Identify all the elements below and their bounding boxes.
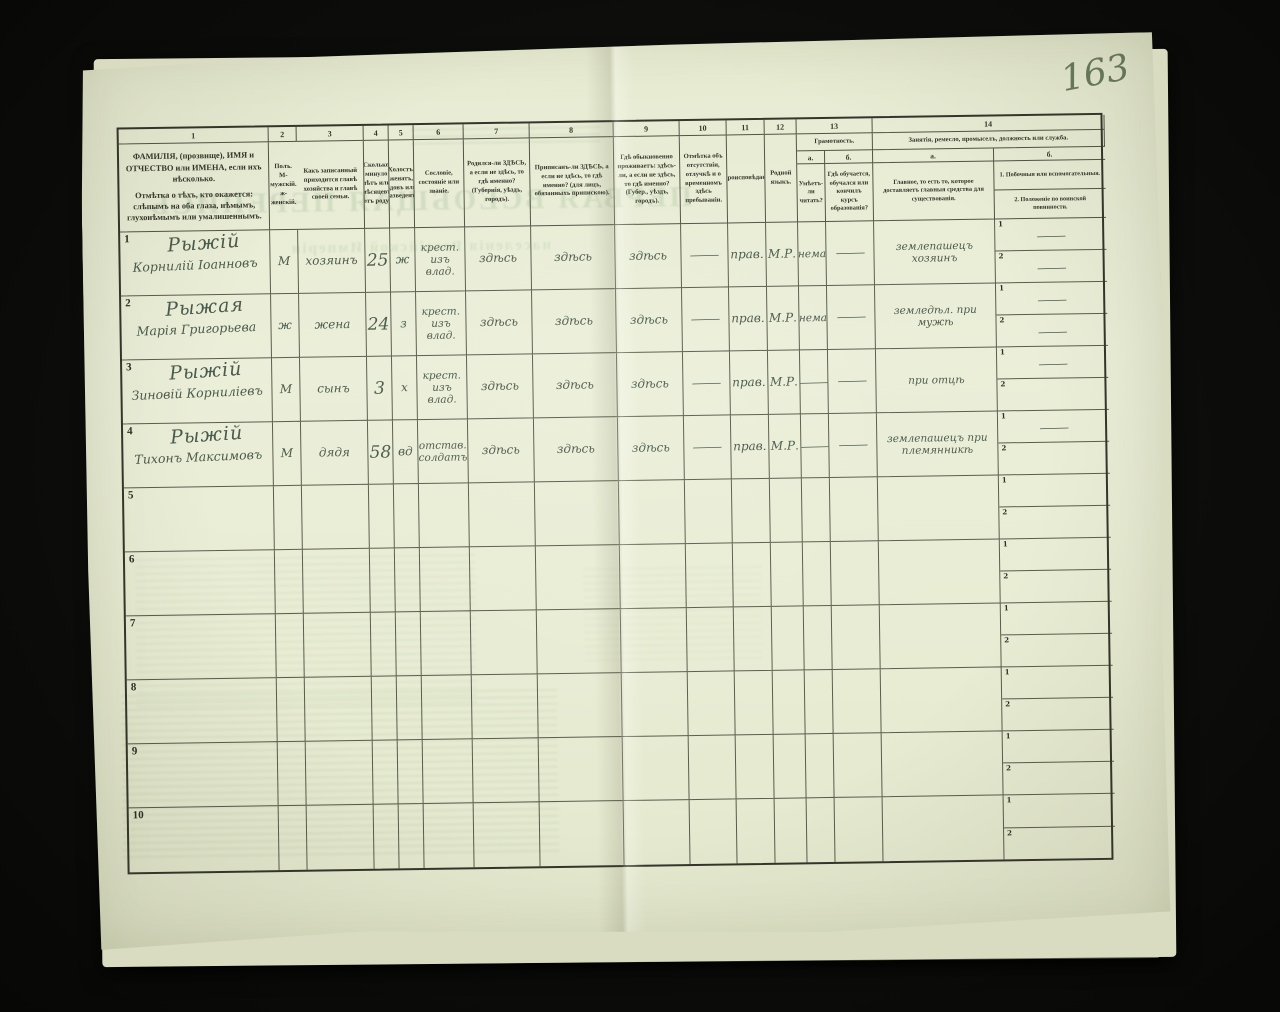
cell-sex: ж xyxy=(271,294,300,358)
cell-absence: — xyxy=(683,351,731,416)
cell-relation: дядя xyxy=(301,421,369,486)
cell-side-occupation-2: 2 xyxy=(1002,698,1113,731)
cell-religion xyxy=(734,607,773,672)
side-value: — xyxy=(1047,417,1059,436)
handwritten-dash: — xyxy=(836,373,869,389)
header-can-read: Умѣетъ-ли читать? xyxy=(797,164,826,222)
cell-estate xyxy=(420,547,471,612)
column-number: 10 xyxy=(680,120,727,136)
cell-religion: прав. xyxy=(728,223,767,288)
cell-side-occupation: 1—2 xyxy=(998,410,1110,476)
cell-marital: ж xyxy=(390,228,416,292)
header-age: Сколько минуло лѣтъ или мѣсяцевъ отъ род… xyxy=(364,140,390,228)
column-number: 6 xyxy=(414,124,464,140)
cell-age xyxy=(374,804,400,868)
cell-language xyxy=(773,670,806,734)
column-number: 7 xyxy=(464,123,530,139)
cell-side-occupation-2: 2 xyxy=(998,442,1109,475)
side-row-label: 2 xyxy=(1004,635,1009,644)
cell-religion xyxy=(733,543,772,608)
side-row-label: 2 xyxy=(1000,379,1005,388)
cell-birthplace xyxy=(469,482,536,547)
cell-registration: здѣсь xyxy=(533,353,618,418)
cell-age: 25 xyxy=(365,228,391,292)
handwritten-fullname: Зиновій Корниліевъ xyxy=(131,383,263,403)
side-row-label: 1 xyxy=(1006,731,1011,740)
header-estate: Сословіе, состояніе или званіе. xyxy=(414,139,465,228)
cell-religion: прав. xyxy=(729,287,768,352)
handwritten-dash: — xyxy=(1036,324,1069,339)
cell-education: — xyxy=(829,413,878,478)
cell-absence xyxy=(685,479,733,544)
cell-education: — xyxy=(827,285,876,350)
cell-marital xyxy=(397,676,423,740)
cell-name: 2РыжаяМарія Григорьева xyxy=(121,294,272,360)
column-number: 9 xyxy=(614,121,680,137)
cell-absence: — xyxy=(681,223,729,288)
cell-education xyxy=(835,797,884,862)
row-number: 1 xyxy=(124,233,130,245)
cell-estate: крест. изъ влад. xyxy=(417,355,468,420)
side-row-label: 2 xyxy=(999,315,1004,324)
header-sub-b: б. xyxy=(825,150,873,164)
cell-age: 3 xyxy=(367,356,393,420)
census-table-body: 1РыжійКорнилій ІоанновъМхозяинъ25жкрест.… xyxy=(120,218,1111,872)
side-row-label: 1 xyxy=(1000,347,1005,356)
cell-education xyxy=(834,733,883,798)
cell-side-occupation-2: 2 xyxy=(999,506,1110,539)
side-row-label: 2 xyxy=(1007,828,1012,837)
handwritten-dash: — xyxy=(834,245,867,261)
cell-marital: вд xyxy=(393,420,419,484)
side-row-label: 1 xyxy=(1007,795,1012,804)
header-relation: Какъ записанный приходится главѣ хозяйст… xyxy=(297,141,365,230)
cell-birthplace: здѣсь xyxy=(465,226,532,291)
cell-literacy: — xyxy=(801,414,830,478)
cell-side-occupation-2: 2 xyxy=(1000,570,1111,603)
cell-side-occupation-1: 1 xyxy=(1004,794,1115,828)
cell-absence xyxy=(689,735,737,800)
column-number: 13 xyxy=(797,118,873,134)
row-number: 5 xyxy=(128,489,134,501)
cell-religion xyxy=(735,671,774,736)
cell-sex: М xyxy=(272,358,301,422)
header-birthplace: Родился-ли ЗДѢСЬ, а если не здѣсь, то гд… xyxy=(464,138,531,227)
side-value: — xyxy=(1045,257,1057,276)
cell-name: 5 xyxy=(124,486,275,552)
cell-age: 24 xyxy=(366,292,392,356)
census-page: ПЕРВАЯ ВСЕОБЩАЯ ПЕРЕПИСЬ населенія Россі… xyxy=(79,32,1170,950)
cell-side-occupation-1: 1 xyxy=(1003,730,1114,764)
cell-estate xyxy=(424,803,475,868)
cell-side-occupation: 1—2— xyxy=(996,282,1108,348)
cell-age xyxy=(370,548,396,612)
row-number: 10 xyxy=(133,809,144,821)
cell-main-occupation xyxy=(879,539,1001,605)
side-row-label: 1 xyxy=(1005,667,1010,676)
cell-birthplace: здѣсь xyxy=(466,290,533,355)
cell-relation xyxy=(303,549,371,614)
table-header: 1 2 3 4 5 6 7 8 9 10 11 12 13 14 ФАМИЛІЯ… xyxy=(119,115,1102,233)
cell-marital: з xyxy=(391,292,417,356)
header-sex: Полъ. М-мужскій. ж-женскій. xyxy=(269,142,298,230)
cell-education xyxy=(833,669,882,734)
cell-age xyxy=(369,484,395,548)
cell-registration xyxy=(535,481,620,546)
handwritten-fullname: Тихонъ Максимовъ xyxy=(134,447,262,467)
row-number: 4 xyxy=(127,425,133,437)
side-row-label: 2 xyxy=(1002,507,1007,516)
cell-side-occupation-1: 1 xyxy=(1002,666,1113,700)
cell-name: 8 xyxy=(127,678,278,744)
cell-side-occupation-2: 2— xyxy=(996,314,1107,347)
row-number: 8 xyxy=(131,681,137,693)
handwritten-dash: — xyxy=(691,439,724,455)
cell-literacy xyxy=(804,606,833,670)
page-number: 163 xyxy=(1058,47,1133,100)
cell-relation xyxy=(304,613,372,678)
cell-relation xyxy=(307,805,375,870)
cell-registration: здѣсь xyxy=(532,289,617,354)
cell-birthplace xyxy=(472,674,539,739)
cell-estate xyxy=(421,611,472,676)
cell-relation: жена xyxy=(299,293,367,358)
side-value: — xyxy=(1046,321,1058,340)
cell-side-occupation: 12 xyxy=(999,474,1111,540)
cell-estate xyxy=(423,739,474,804)
side-row-label: 1 xyxy=(1002,475,1007,484)
cell-main-occupation: при отцѣ xyxy=(876,347,998,413)
column-number: 2 xyxy=(269,127,297,142)
column-number: 5 xyxy=(389,125,414,140)
handwritten-dash: — xyxy=(688,247,721,263)
cell-literacy xyxy=(805,670,834,734)
side-row-label: 1 xyxy=(1001,411,1006,420)
header-name-line2: Отмѣтка о тѣхъ, кто окажется: слѣпымъ на… xyxy=(125,188,262,224)
header-residence: Гдѣ обыкновенно проживаетъ: здѣсь-ли, а … xyxy=(614,136,681,225)
cell-side-occupation-1: 1 xyxy=(1001,602,1112,636)
row-number: 6 xyxy=(129,553,135,565)
cell-registration xyxy=(537,609,622,674)
cell-birthplace: здѣсь xyxy=(467,354,534,419)
cell-literacy xyxy=(807,798,836,862)
side-row-label: 1 xyxy=(1003,539,1008,548)
cell-name: 4РыжійТихонъ Максимовъ xyxy=(123,422,274,488)
side-value: — xyxy=(1046,353,1058,372)
column-number: 4 xyxy=(364,125,389,140)
cell-name: 3РыжійЗиновій Корниліевъ xyxy=(122,358,273,424)
row-number: 2 xyxy=(125,297,131,309)
cell-language: М.Р. xyxy=(767,286,800,350)
cell-registration xyxy=(536,545,621,610)
cell-side-occupation-2: 2— xyxy=(995,250,1106,283)
cell-side-occupation: 12 xyxy=(1002,666,1114,732)
cell-religion: прав. xyxy=(731,415,770,480)
header-side-occupation-1: 1. Побочныя или вспомогательныя. xyxy=(994,160,1105,191)
cell-registration xyxy=(539,737,624,802)
handwritten-surname: Рыжій xyxy=(168,358,242,384)
cell-name: 6 xyxy=(125,550,276,616)
cell-birthplace xyxy=(473,738,540,803)
cell-side-occupation-1: 1 xyxy=(1000,538,1111,572)
cell-main-occupation xyxy=(881,667,1003,733)
side-row-label: 2 xyxy=(1006,763,1011,772)
cell-side-occupation-2: 2 xyxy=(1003,762,1114,795)
side-value: — xyxy=(1046,289,1058,308)
cell-absence: — xyxy=(682,287,730,352)
cell-registration: здѣсь xyxy=(531,225,616,290)
cell-education: — xyxy=(826,221,875,286)
cell-birthplace xyxy=(474,802,541,867)
handwritten-dash: — xyxy=(689,311,722,327)
cell-sex: М xyxy=(270,230,299,294)
handwritten-surname: Рыжій xyxy=(167,230,241,256)
cell-education xyxy=(831,541,880,606)
cell-side-occupation-2: 2 xyxy=(997,378,1108,411)
cell-sex xyxy=(274,486,303,550)
cell-language xyxy=(770,478,803,542)
cell-religion: прав. xyxy=(730,351,769,416)
cell-residence xyxy=(619,480,686,545)
handwritten-fullname: Марія Григорьева xyxy=(136,319,256,339)
cell-estate xyxy=(419,483,470,548)
cell-side-occupation: 1—2 xyxy=(997,346,1109,412)
side-row-label: 2 xyxy=(1003,571,1008,580)
cell-absence xyxy=(688,671,736,736)
header-registration: Приписанъ-ли ЗДѢСЬ, а если не здѣсь, то … xyxy=(530,137,615,226)
cell-residence xyxy=(621,608,688,673)
cell-language xyxy=(771,542,804,606)
cell-sex xyxy=(276,614,305,678)
cell-side-occupation: 12 xyxy=(1000,538,1112,604)
cell-name: 1РыжійКорнилій Іоанновъ xyxy=(120,230,271,296)
handwritten-dash: — xyxy=(801,438,830,453)
handwritten-surname: Рыжая xyxy=(165,294,245,321)
header-side-occupation-2: 2. Положеніе по воинской повинности. xyxy=(995,189,1106,219)
side-row-label: 2 xyxy=(1001,443,1006,452)
header-sub-a: а. xyxy=(797,151,825,164)
cell-literacy xyxy=(802,478,831,542)
cell-side-occupation-1: 1— xyxy=(998,410,1109,444)
cell-residence xyxy=(623,736,690,801)
cell-residence: здѣсь xyxy=(617,352,684,417)
cell-side-occupation: 12 xyxy=(1003,730,1115,796)
cell-estate xyxy=(422,675,473,740)
cell-education: — xyxy=(828,349,877,414)
cell-literacy: нема xyxy=(798,222,827,286)
cell-main-occupation xyxy=(883,795,1005,861)
cell-side-occupation-1: 1— xyxy=(995,218,1106,252)
cell-name: 10 xyxy=(129,806,280,872)
handwritten-fullname: Корнилій Іоанновъ xyxy=(132,255,257,275)
cell-name: 7 xyxy=(126,614,277,680)
cell-marital xyxy=(394,484,420,548)
cell-language: М.Р. xyxy=(766,222,799,286)
cell-age xyxy=(372,676,398,740)
row-number: 9 xyxy=(132,745,138,757)
cell-marital: х xyxy=(392,356,418,420)
cell-main-occupation: земледѣл. при мужѣ xyxy=(875,283,997,349)
cell-registration xyxy=(540,801,625,866)
row-number: 7 xyxy=(130,617,136,629)
cell-side-occupation-2: 2 xyxy=(1001,634,1112,667)
cell-main-occupation xyxy=(880,603,1002,669)
cell-birthplace xyxy=(470,546,537,611)
handwritten-dash: — xyxy=(1034,228,1067,243)
handwritten-dash: — xyxy=(690,375,723,391)
cell-side-occupation-1: 1— xyxy=(996,282,1107,316)
side-row-label: 1 xyxy=(999,283,1004,292)
cell-side-occupation-2: 2 xyxy=(1004,826,1115,859)
side-row-label: 2 xyxy=(1005,699,1010,708)
cell-sex xyxy=(277,678,306,742)
side-row-label: 2 xyxy=(998,251,1003,260)
cell-side-occupation: 1—2— xyxy=(995,218,1107,284)
column-number: 8 xyxy=(530,122,614,138)
cell-residence: здѣсь xyxy=(616,288,683,353)
header-religion: Вѣроисповѣданіе. xyxy=(727,135,766,224)
cell-relation: хозяинъ xyxy=(298,229,366,294)
cell-sex xyxy=(278,742,307,806)
cell-name: 9 xyxy=(128,742,279,808)
cell-side-occupation-1: 1— xyxy=(997,346,1108,380)
cell-language xyxy=(774,734,807,798)
cell-religion xyxy=(737,799,776,864)
header-name: ФАМИЛІЯ, (прозвище), ИМЯ и ОТЧЕСТВО или … xyxy=(119,142,270,232)
cell-sex xyxy=(279,806,308,870)
cell-literacy: — xyxy=(800,350,829,414)
side-row-label: 1 xyxy=(1004,603,1009,612)
cell-literacy: нема xyxy=(799,286,828,350)
cell-absence xyxy=(686,543,734,608)
census-table: 1 2 3 4 5 6 7 8 9 10 11 12 13 14 ФАМИЛІЯ… xyxy=(117,113,1114,875)
cell-residence xyxy=(620,544,687,609)
cell-main-occupation: землепашецъ хозяинъ xyxy=(874,219,996,285)
handwritten-dash: — xyxy=(800,374,829,389)
cell-birthplace: здѣсь xyxy=(468,418,535,483)
handwritten-dash: — xyxy=(1037,420,1070,435)
handwritten-surname: Рыжій xyxy=(169,422,243,448)
cell-residence: здѣсь xyxy=(615,224,682,289)
cell-relation xyxy=(302,485,370,550)
header-education: Гдѣ обучается, обучался или кончилъ курс… xyxy=(825,163,874,222)
cell-language xyxy=(775,798,808,862)
cell-religion xyxy=(736,735,775,800)
cell-literacy xyxy=(806,734,835,798)
handwritten-dash: — xyxy=(835,309,868,325)
cell-sex: М xyxy=(273,422,302,486)
cell-residence xyxy=(624,800,691,865)
cell-estate: крест. изъ влад. xyxy=(415,227,466,292)
header-marital: Холостъ, женатъ, вдовъ или разведенъ. xyxy=(389,140,415,228)
header-main-occupation: Главное, то есть то, которое доставляетъ… xyxy=(873,161,995,221)
cell-marital xyxy=(396,612,422,676)
cell-sex xyxy=(275,550,304,614)
header-name-line1: ФАМИЛІЯ, (прозвище), ИМЯ и ОТЧЕСТВО или … xyxy=(125,150,262,186)
handwritten-dash: — xyxy=(1035,292,1068,307)
cell-marital xyxy=(398,740,424,804)
row-number: 3 xyxy=(126,361,132,373)
cell-language: М.Р. xyxy=(768,350,801,414)
cell-main-occupation: землепашецъ при племянникѣ xyxy=(877,411,999,477)
cell-registration xyxy=(538,673,623,738)
cell-age xyxy=(373,740,399,804)
cell-language xyxy=(772,606,805,670)
cell-birthplace xyxy=(471,610,538,675)
handwritten-dash: — xyxy=(836,437,869,453)
cell-side-occupation-1: 1 xyxy=(999,474,1110,508)
header-absence: Отмѣтка объ отсутствіи, отлучкѣ и о врем… xyxy=(680,135,728,224)
column-number: 12 xyxy=(765,119,797,134)
cell-age: 58 xyxy=(368,420,394,484)
cell-marital xyxy=(399,804,425,868)
cell-education xyxy=(830,477,879,542)
side-value: — xyxy=(1045,225,1057,244)
cell-age xyxy=(371,612,397,676)
cell-education xyxy=(832,605,881,670)
column-number: 11 xyxy=(727,120,765,136)
cell-absence: — xyxy=(684,415,732,480)
cell-estate: отстав. солдатъ xyxy=(418,419,469,484)
header-language: Родной языкъ. xyxy=(765,134,798,222)
header-literacy-group: Грамотность. xyxy=(797,133,873,151)
side-row-label: 1 xyxy=(998,219,1003,228)
cell-main-occupation xyxy=(882,731,1004,797)
table-row: 1012 xyxy=(129,794,1112,873)
cell-relation: сынъ xyxy=(300,357,368,422)
cell-side-occupation: 12 xyxy=(1004,794,1116,860)
cell-marital xyxy=(395,548,421,612)
cell-absence xyxy=(687,607,735,672)
handwritten-dash: — xyxy=(1035,260,1068,275)
cell-relation xyxy=(305,677,373,742)
cell-residence xyxy=(622,672,689,737)
column-number: 3 xyxy=(297,126,364,142)
cell-residence: здѣсь xyxy=(618,416,685,481)
header-side-occupation: 1. Побочныя или вспомогательныя. 2. Поло… xyxy=(994,160,1106,220)
cell-relation xyxy=(306,741,374,806)
cell-religion xyxy=(732,479,771,544)
cell-language: М.Р. xyxy=(769,414,802,478)
cell-absence xyxy=(690,799,738,864)
cell-side-occupation: 12 xyxy=(1001,602,1113,668)
cell-literacy xyxy=(803,542,832,606)
cell-registration: здѣсь xyxy=(534,417,619,482)
cell-estate: крест. изъ влад. xyxy=(416,291,467,356)
cell-main-occupation xyxy=(878,475,1000,541)
handwritten-dash: — xyxy=(1036,356,1069,371)
